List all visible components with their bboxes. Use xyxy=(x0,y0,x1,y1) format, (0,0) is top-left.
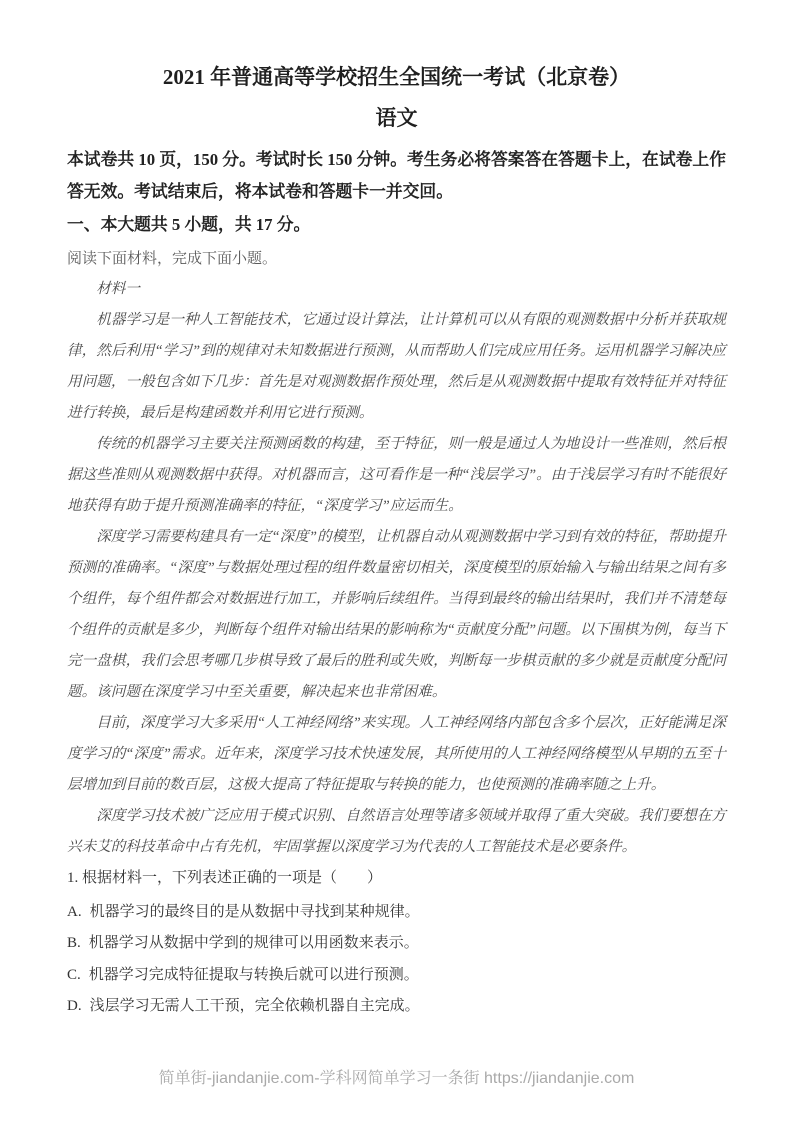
option-b: B.机器学习从数据中学到的规律可以用函数来表示。 xyxy=(67,928,726,959)
option-d-label: D. xyxy=(67,998,82,1014)
option-b-label: B. xyxy=(67,935,81,951)
exam-instructions: 本试卷共 10 页，150 分。考试时长 150 分钟。考生务必将答案答在答题卡… xyxy=(67,144,726,208)
option-a-text: 机器学习的最终目的是从数据中寻找到某种规律。 xyxy=(90,904,420,920)
option-c-label: C. xyxy=(67,967,81,983)
material-paragraph: 机器学习是一种人工智能技术，它通过设计算法，让计算机可以从有限的观测数据中分析并… xyxy=(67,305,726,429)
material-paragraph: 深度学习需要构建具有一定“深度”的模型，让机器自动从观测数据中学习到有效的特征，… xyxy=(67,522,726,708)
option-a-label: A. xyxy=(67,904,82,920)
option-d-text: 浅层学习无需人工干预，完全依赖机器自主完成。 xyxy=(90,998,420,1014)
material-label: 材料一 xyxy=(67,274,726,305)
material-paragraph: 目前，深度学习大多采用“人工神经网络”来实现。人工神经网络内部包含多个层次，正好… xyxy=(67,708,726,801)
page-subtitle: 语文 xyxy=(67,103,726,133)
option-a: A.机器学习的最终目的是从数据中寻找到某种规律。 xyxy=(67,897,726,928)
reading-prompt: 阅读下面材料，完成下面小题。 xyxy=(67,244,726,274)
material-one-block: 材料一 机器学习是一种人工智能技术，它通过设计算法，让计算机可以从有限的观测数据… xyxy=(67,274,726,863)
question-options: A.机器学习的最终目的是从数据中寻找到某种规律。 B.机器学习从数据中学到的规律… xyxy=(67,897,726,1023)
option-b-text: 机器学习从数据中学到的规律可以用函数来表示。 xyxy=(89,935,419,951)
material-paragraph: 深度学习技术被广泛应用于模式识别、自然语言处理等诸多领域并取得了重大突破。我们要… xyxy=(67,801,726,863)
option-c: C.机器学习完成特征提取与转换后就可以进行预测。 xyxy=(67,960,726,991)
question-1: 1. 根据材料一，下列表述正确的一项是（ ） A.机器学习的最终目的是从数据中寻… xyxy=(67,863,726,1023)
question-stem: 1. 根据材料一，下列表述正确的一项是（ ） xyxy=(67,863,726,894)
option-d: D.浅层学习无需人工干预，完全依赖机器自主完成。 xyxy=(67,991,726,1022)
page-title: 2021 年普通高等学校招生全国统一考试（北京卷） xyxy=(67,0,726,92)
section-heading: 一、本大题共 5 小题，共 17 分。 xyxy=(67,209,726,241)
option-c-text: 机器学习完成特征提取与转换后就可以进行预测。 xyxy=(89,967,419,983)
watermark-footer: 简单街-jiandanjie.com-学科网简单学习一条街 https://ji… xyxy=(0,1068,793,1090)
exam-paper-page: 2021 年普通高等学校招生全国统一考试（北京卷） 语文 本试卷共 10 页，1… xyxy=(0,0,793,1122)
material-paragraph: 传统的机器学习主要关注预测函数的构建，至于特征，则一般是通过人为地设计一些准则，… xyxy=(67,429,726,522)
